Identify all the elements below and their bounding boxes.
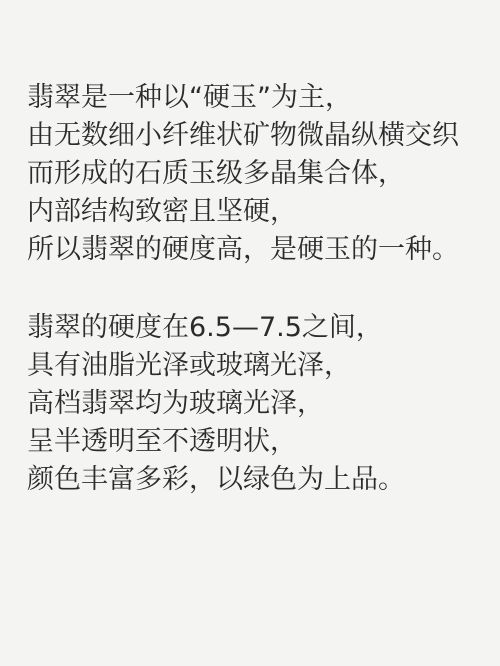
text-line: 而形成的石质玉级多晶集合体，: [27, 155, 490, 193]
text-line: 颜色丰富多彩，以绿色为上品。: [27, 461, 490, 499]
text-line: 所以翡翠的硬度高，是硬玉的一种。: [27, 231, 490, 269]
text-line: 内部结构致密且坚硬，: [27, 193, 490, 231]
text-line: 具有油脂光泽或玻璃光泽，: [27, 347, 490, 385]
text-line: 高档翡翠均为玻璃光泽，: [27, 385, 490, 423]
paragraph-jadeite-properties: 翡翠的硬度在6.5—7.5之间， 具有油脂光泽或玻璃光泽， 高档翡翠均为玻璃光泽…: [27, 309, 490, 499]
text-line: 翡翠的硬度在6.5—7.5之间，: [27, 309, 490, 347]
text-line: 呈半透明至不透明状，: [27, 423, 490, 461]
text-line: 翡翠是一种以“硬玉”为主，: [27, 79, 490, 117]
text-line: 由无数细小纤维状矿物微晶纵横交织: [27, 117, 490, 155]
paragraph-jadeite-composition: 翡翠是一种以“硬玉”为主， 由无数细小纤维状矿物微晶纵横交织 而形成的石质玉级多…: [27, 79, 490, 269]
